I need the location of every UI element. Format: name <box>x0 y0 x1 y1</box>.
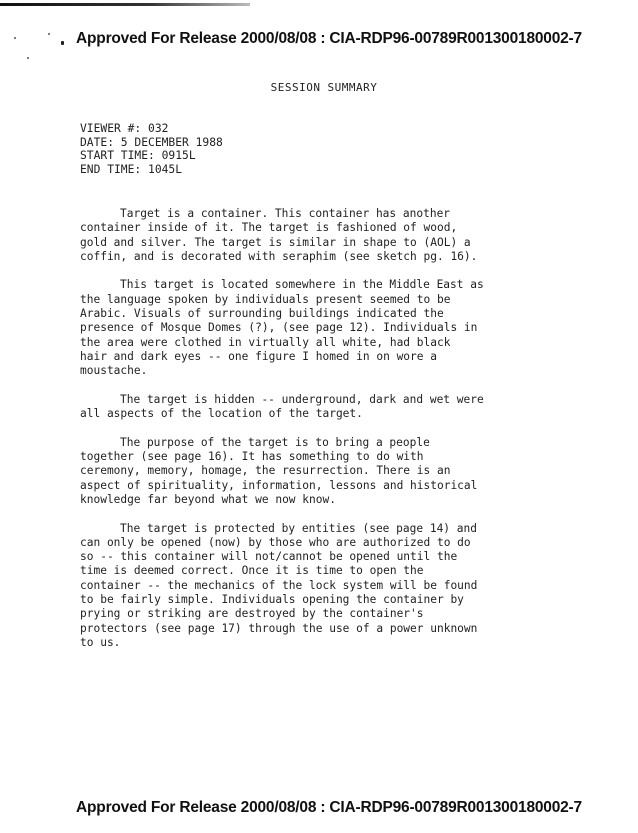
session-metadata: VIEWER #: 032 DATE: 5 DECEMBER 1988 STAR… <box>80 122 223 176</box>
document-title: SESSION SUMMARY <box>0 81 638 94</box>
paragraph: This target is located somewhere in the … <box>80 278 550 378</box>
scan-edge-line <box>0 3 250 6</box>
release-stamp-footer: Approved For Release 2000/08/08 : CIA-RD… <box>0 799 638 817</box>
paragraph: The target is protected by entities (see… <box>80 522 550 651</box>
paragraph: The target is hidden -- underground, dar… <box>80 393 550 422</box>
start-time: START TIME: 0915L <box>80 149 223 163</box>
paragraph: Target is a container. This container ha… <box>80 207 550 264</box>
viewer-number: VIEWER #: 032 <box>80 122 223 136</box>
end-time: END TIME: 1045L <box>80 163 223 177</box>
scan-speck <box>27 57 29 59</box>
session-date: DATE: 5 DECEMBER 1988 <box>80 136 223 150</box>
release-stamp-header: Approved For Release 2000/08/08 : CIA-RD… <box>0 30 638 48</box>
paragraph: The purpose of the target is to bring a … <box>80 436 550 507</box>
summary-body: Target is a container. This container ha… <box>80 207 550 665</box>
